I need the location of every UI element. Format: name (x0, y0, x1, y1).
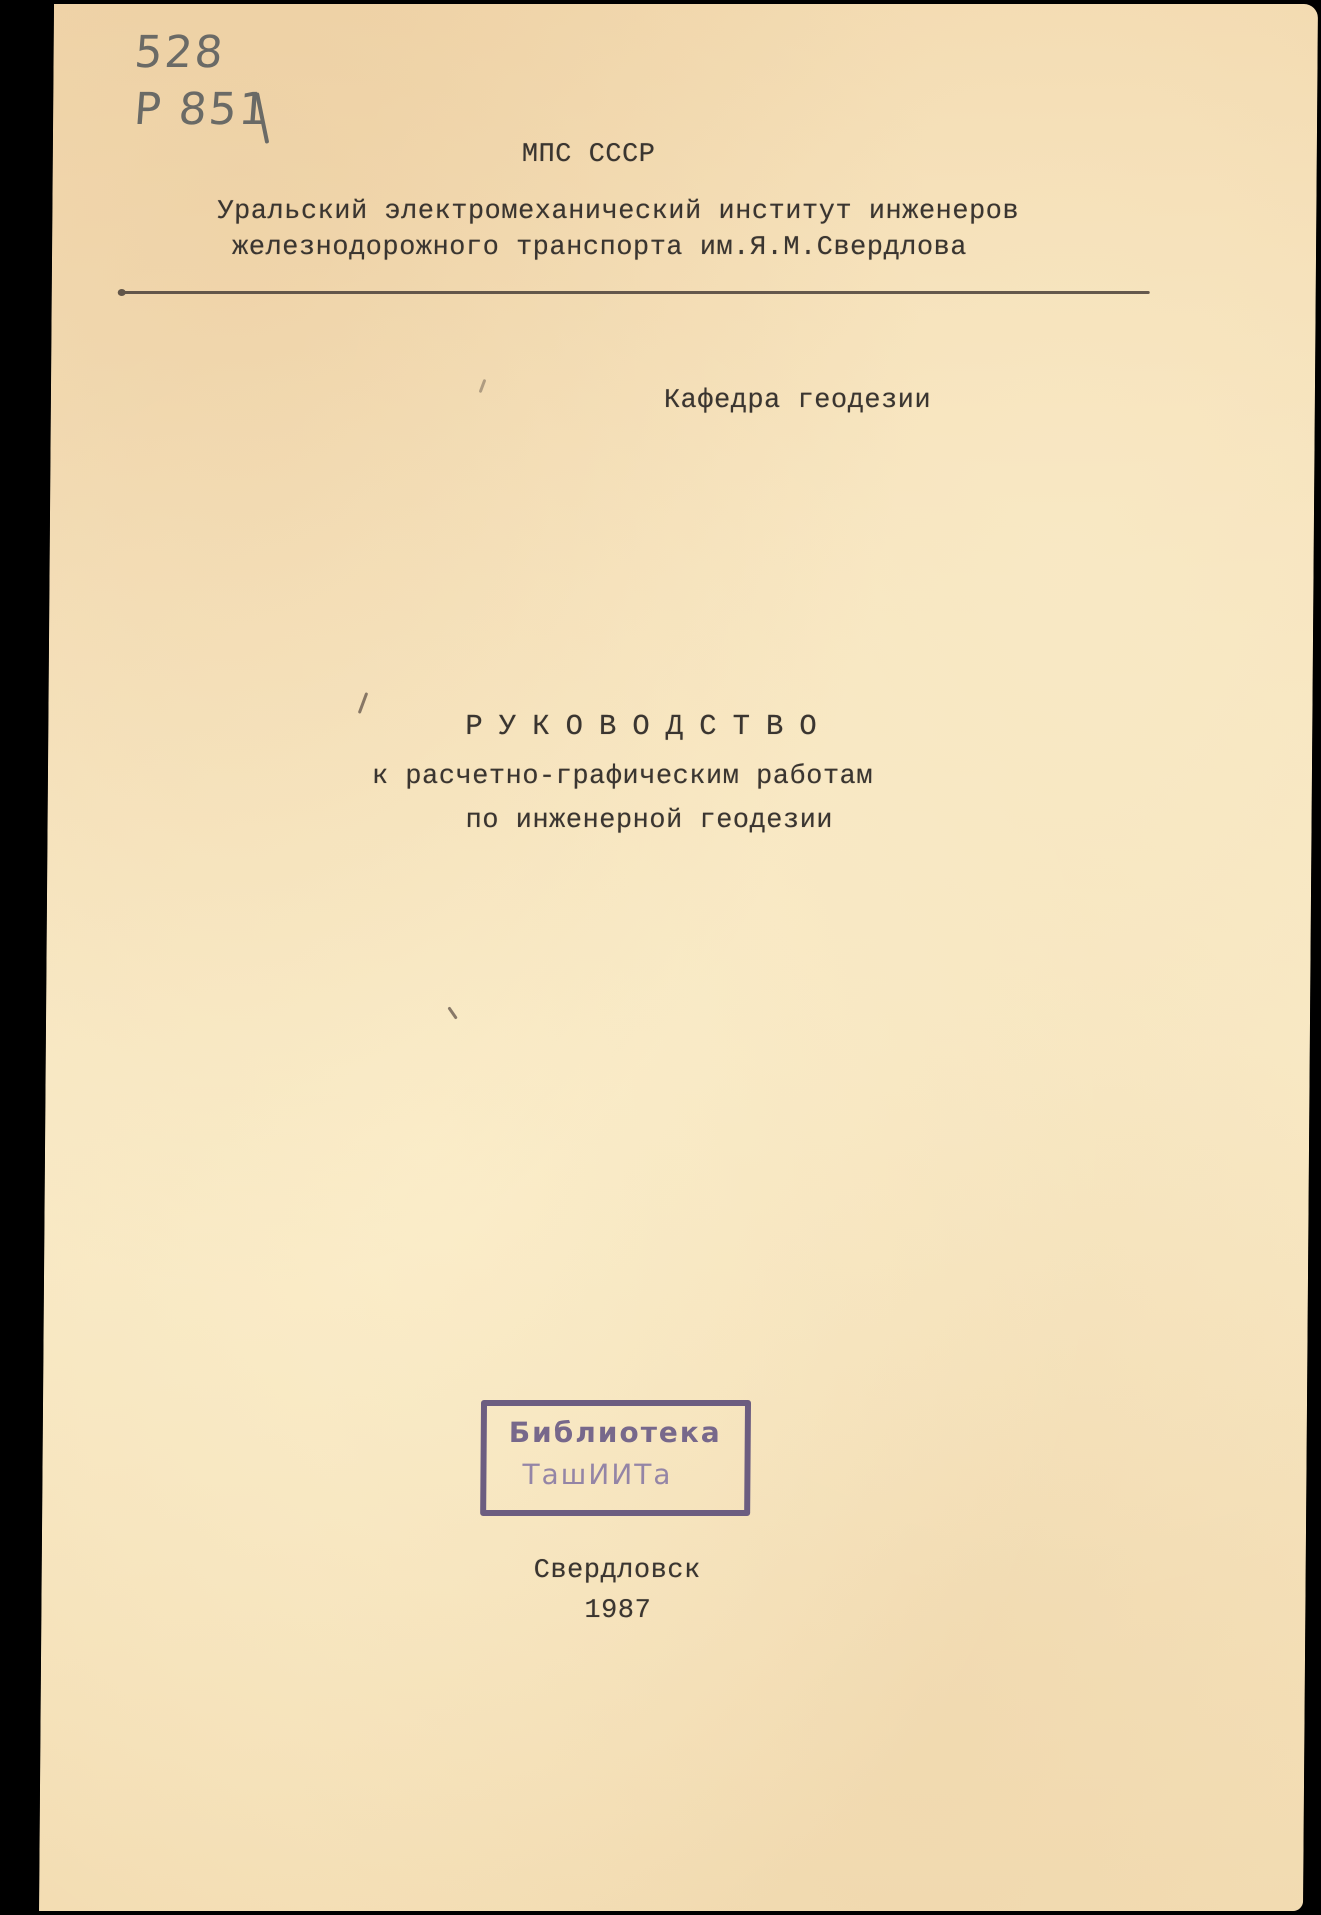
scanned-page: 528 Р 851 МПС СССР Уральский электромеха… (39, 4, 1318, 1911)
stamp-institution-label: ТашИИТа (522, 1458, 672, 1491)
header-divider (120, 291, 1150, 294)
institute-name-line2: железнодорожного транспорта им.Я.М.Сверд… (232, 233, 967, 263)
publication-year: 1987 (584, 1596, 651, 1626)
handwritten-catalog-number: 528 (133, 30, 227, 76)
library-stamp: Библиотека ТашИИТа (480, 1400, 751, 1516)
publication-city: Свердловск (534, 1556, 701, 1586)
stamp-library-label: Библиотека (509, 1416, 722, 1449)
ministry-heading: МПС СССР (522, 140, 656, 170)
institute-name-line1: Уральский электромеханический институт и… (217, 197, 1019, 227)
document-subtitle-line2: по инженерной геодезии (465, 806, 833, 836)
pencil-mark (479, 379, 487, 393)
handwritten-catalog-code: Р 851 (132, 87, 270, 133)
document-title: РУКОВОДСТВО (465, 710, 833, 743)
department-name: Кафедра геодезии (664, 386, 931, 416)
document-subtitle-line1: к расчетно-графическим работам (372, 762, 873, 792)
pencil-mark (447, 1006, 457, 1019)
pencil-mark (358, 692, 368, 714)
